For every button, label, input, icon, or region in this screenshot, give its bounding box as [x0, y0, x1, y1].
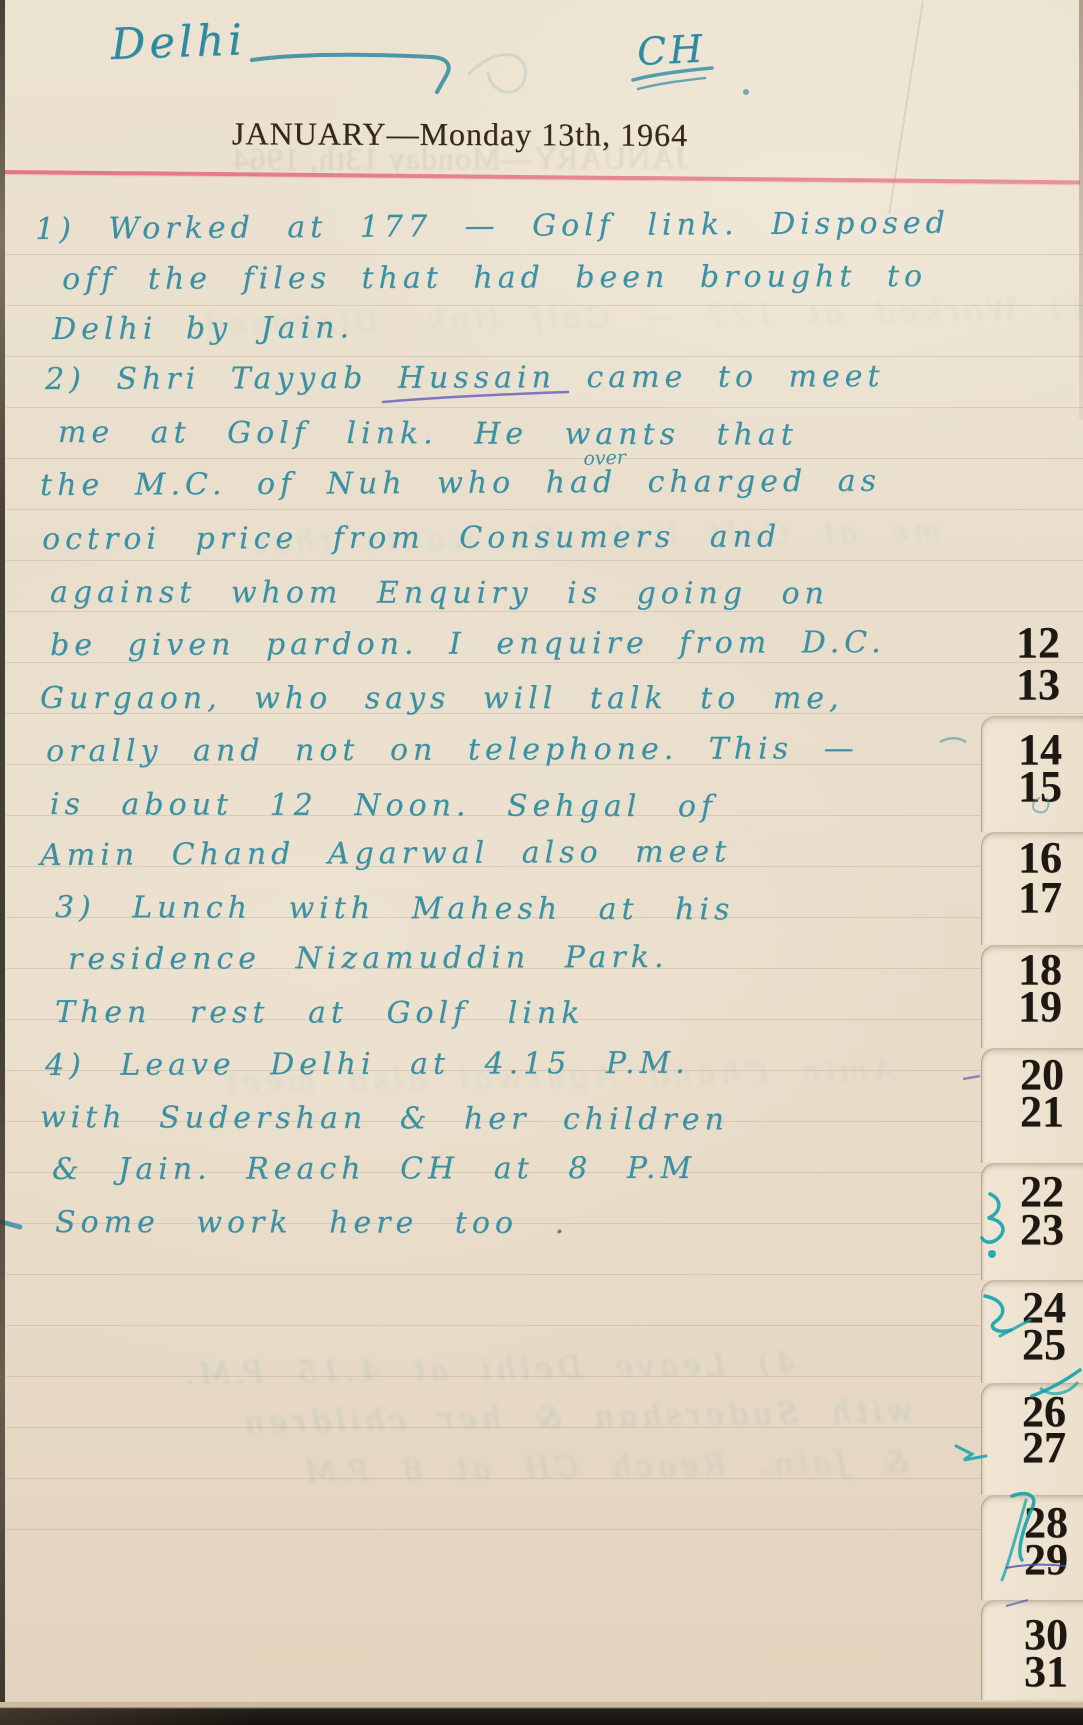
- diary-line-15: residence Nizamuddin Park.: [68, 940, 669, 977]
- diary-line-3: Delhi by Jain.: [52, 310, 354, 347]
- tab-number-13: 13: [1016, 663, 1060, 707]
- tab-number-23: 23: [1020, 1208, 1064, 1252]
- period-dot: [743, 89, 749, 95]
- tab-number-19: 19: [1018, 985, 1062, 1029]
- ruled-lines: [6, 204, 1083, 1545]
- diary-line-14: 3) Lunch with Mahesh at his: [55, 890, 735, 927]
- tab-number-25: 25: [1022, 1323, 1066, 1367]
- scan-edge-bottom: [0, 1702, 1083, 1725]
- diary-line-18: with Sudershan & her children: [40, 1100, 729, 1137]
- diary-line-20: Some work here too .: [55, 1205, 569, 1241]
- scan-edge-left: [0, 0, 5, 1725]
- tab-number-27: 27: [1022, 1426, 1066, 1470]
- tab-number-31: 31: [1024, 1650, 1068, 1694]
- diary-line-5: me at Golf link. He wants that: [58, 415, 798, 453]
- diary-line-4: 2) Shri Tayyab Hussain came to meet: [45, 359, 885, 397]
- stray-stroke-14: [940, 738, 966, 742]
- diary-line-17: 4) Leave Delhi at 4.15 P.M.: [45, 1046, 690, 1083]
- location-note: Delhi: [110, 15, 247, 70]
- inserted-word: over: [583, 447, 626, 470]
- diary-line-6: the M.C. of Nuh who had charged as: [40, 464, 881, 503]
- diary-line-19: & Jain. Reach CH at 8 P.M: [52, 1151, 696, 1187]
- diary-line-10: Gurgaon, who says will talk to me,: [40, 681, 844, 716]
- diary-line-12: is about 12 Noon. Sehgal of: [50, 787, 717, 824]
- monogram: CH: [636, 26, 706, 74]
- diary-line-9: be given pardon. I enquire from D.C.: [50, 625, 886, 663]
- delhi-dash-swoosh: [252, 55, 449, 92]
- tab-number-17: 17: [1018, 876, 1062, 920]
- ghost-writing: with Sudershan & her children: [240, 1394, 913, 1441]
- diary-line-2: off the files that had been brought to: [62, 259, 927, 297]
- scan-edge-right: [1079, 0, 1083, 420]
- diary-line-13: Amin Chand Agarwal also meet: [40, 834, 731, 873]
- tab-number-12: 12: [1016, 621, 1060, 665]
- tab-number-15: 15: [1018, 765, 1062, 809]
- diary-line-1: 1) Worked at 177 — Golf link. Disposed: [35, 206, 950, 247]
- ghost-writing: & Jain. Reach CH at 8 P.M: [300, 1445, 909, 1491]
- tab-number-29: 29: [1024, 1538, 1068, 1582]
- monogram-underline-2: [638, 78, 705, 89]
- tab-number-21: 21: [1020, 1090, 1064, 1134]
- diary-line-8: against whom Enquiry is going on: [50, 575, 829, 611]
- ghost-writing: 4) Leave Delhi at 4.15 P.M.: [180, 1347, 795, 1393]
- diary-line-7: octroi price from Consumers and: [42, 519, 781, 557]
- diary-line-16: Then rest at Golf link: [55, 995, 585, 1031]
- faint-scribble: [468, 55, 525, 92]
- diary-page-scan: Delhi CH JANUARY—Monday 13th, 1964 JANUA…: [0, 0, 1083, 1725]
- pen-dash-20: [963, 1076, 980, 1079]
- diary-line-11: orally and not on telephone. This —: [46, 731, 859, 769]
